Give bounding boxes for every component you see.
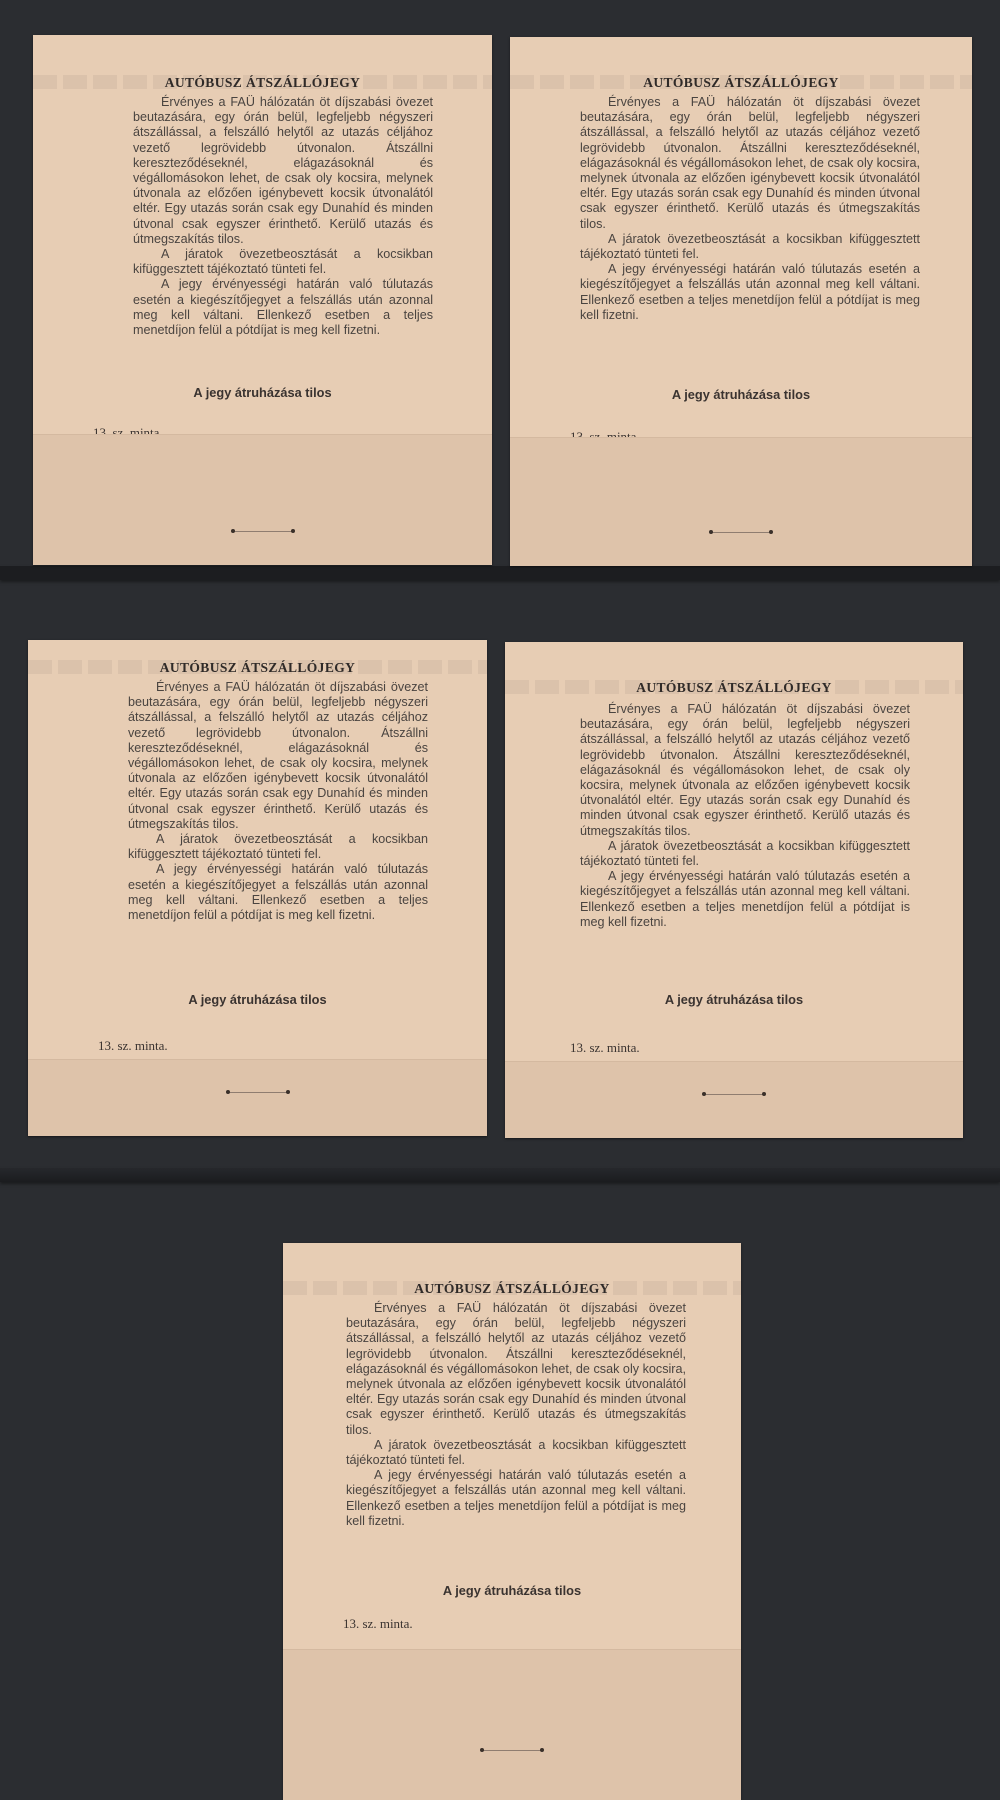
form-number: 13. sz. minta. (343, 1616, 413, 1632)
transfer-notice: A jegy átruházása tilos (505, 992, 963, 1007)
staple-slit (228, 1092, 288, 1096)
ticket-stub (283, 1649, 741, 1800)
stockbook-strip (0, 566, 1000, 580)
ticket-1: AUTÓBUSZ ÁTSZÁLLÓJEGY Érvényes a FAÜ hál… (33, 35, 492, 565)
ticket-title: AUTÓBUSZ ÁTSZÁLLÓJEGY (510, 75, 972, 91)
ticket-title: AUTÓBUSZ ÁTSZÁLLÓJEGY (505, 680, 963, 696)
ticket-4: AUTÓBUSZ ÁTSZÁLLÓJEGY Érvényes a FAÜ hál… (505, 642, 963, 1138)
transfer-notice: A jegy átruházása tilos (283, 1583, 741, 1598)
staple-slit (233, 531, 293, 535)
ticket-title: AUTÓBUSZ ÁTSZÁLLÓJEGY (33, 75, 492, 91)
terms-paragraph: A jegy érvényességi határán való túlutaz… (346, 1468, 686, 1529)
transfer-notice: A jegy átruházása tilos (510, 387, 972, 402)
staple-slit (704, 1094, 764, 1098)
terms-paragraph: Érvényes a FAÜ hálózatán öt díjszabási ö… (580, 95, 920, 232)
terms-paragraph: A jegy érvényességi határán való túlutaz… (128, 862, 428, 923)
staple-slit (711, 532, 771, 536)
stockbook-strip (0, 1168, 1000, 1182)
terms-paragraph: Érvényes a FAÜ hálózatán öt díjszabási ö… (580, 702, 910, 839)
ticket-title: AUTÓBUSZ ÁTSZÁLLÓJEGY (28, 660, 487, 676)
ticket-stub (28, 1059, 487, 1136)
terms-paragraph: A jegy érvényességi határán való túlutaz… (580, 262, 920, 323)
terms-paragraph: Érvényes a FAÜ hálózatán öt díjszabási ö… (133, 95, 433, 247)
transfer-notice: A jegy átruházása tilos (28, 992, 487, 1007)
staple-slit (482, 1750, 542, 1754)
ticket-stub (510, 437, 972, 566)
ticket-5: AUTÓBUSZ ÁTSZÁLLÓJEGY Érvényes a FAÜ hál… (283, 1243, 741, 1800)
form-number: 13. sz. minta. (570, 1040, 640, 1056)
terms-paragraph: A járatok övezetbeosztását a kocsikban k… (580, 839, 910, 869)
ticket-stub (505, 1061, 963, 1138)
ticket-terms: Érvényes a FAÜ hálózatán öt díjszabási ö… (346, 1301, 686, 1529)
ticket-2: AUTÓBUSZ ÁTSZÁLLÓJEGY Érvényes a FAÜ hál… (510, 37, 972, 566)
terms-paragraph: Érvényes a FAÜ hálózatán öt díjszabási ö… (128, 680, 428, 832)
terms-paragraph: A jegy érvényességi határán való túlutaz… (133, 277, 433, 338)
ticket-3: AUTÓBUSZ ÁTSZÁLLÓJEGY Érvényes a FAÜ hál… (28, 640, 487, 1136)
ticket-terms: Érvényes a FAÜ hálózatán öt díjszabási ö… (580, 95, 920, 323)
form-number: 13. sz. minta. (98, 1038, 168, 1054)
terms-paragraph: A járatok övezetbeosztását a kocsikban k… (580, 232, 920, 262)
terms-paragraph: Érvényes a FAÜ hálózatán öt díjszabási ö… (346, 1301, 686, 1438)
ticket-terms: Érvényes a FAÜ hálózatán öt díjszabási ö… (580, 702, 910, 930)
transfer-notice: A jegy átruházása tilos (33, 385, 492, 400)
ticket-stub (33, 434, 492, 565)
ticket-terms: Érvényes a FAÜ hálózatán öt díjszabási ö… (133, 95, 433, 338)
ticket-title: AUTÓBUSZ ÁTSZÁLLÓJEGY (283, 1281, 741, 1297)
terms-paragraph: A járatok övezetbeosztását a kocsikban k… (133, 247, 433, 277)
terms-paragraph: A járatok övezetbeosztását a kocsikban k… (128, 832, 428, 862)
ticket-terms: Érvényes a FAÜ hálózatán öt díjszabási ö… (128, 680, 428, 923)
terms-paragraph: A jegy érvényességi határán való túlutaz… (580, 869, 910, 930)
terms-paragraph: A járatok övezetbeosztását a kocsikban k… (346, 1438, 686, 1468)
